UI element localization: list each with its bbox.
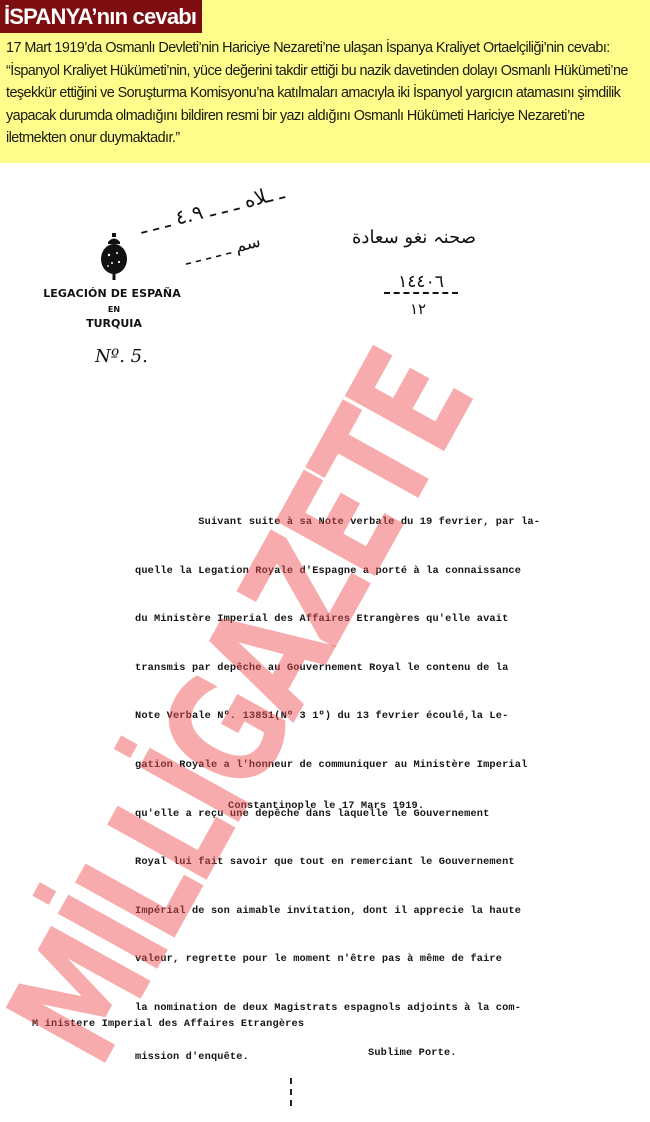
letter-line: quelle la Legation Royale d'Espagne a po…	[135, 559, 540, 584]
caption-line: 17 Mart 1919’da Osmanlı Devleti’nin Hari…	[6, 37, 646, 60]
caption-line: yapacak durumda olmadığını bildiren resm…	[6, 105, 646, 128]
handwritten-note: ـ ـلاه ـ ـ ـ ٤.٩ ـ ـ ـ	[137, 180, 286, 239]
letter-line: Impérial de son aimable invitation, dont…	[135, 899, 540, 924]
letter-line: Royal lui fait savoir que tout en remerc…	[135, 850, 540, 875]
archive-sub-number: ١٢	[410, 300, 426, 318]
letter-line: Note Verbale Nº. 13851(Nº 3 1º) du 13 fe…	[135, 704, 540, 729]
addressee-line-2: Sublime Porte.	[368, 1047, 457, 1059]
letter-line: Suivant suite à sa Note verbale du 19 fe…	[135, 510, 540, 535]
handwritten-note: صحنہ نغو سعادة	[352, 227, 476, 248]
letter-line: valeur, regrette pour le moment n'être p…	[135, 947, 540, 972]
caption-title: İSPANYA’nın cevabı	[0, 0, 202, 33]
letter-signoff: Constantinople le 17 Mars 1919.	[228, 800, 424, 812]
archive-number: ١٤٤٠٦	[384, 272, 458, 294]
handwritten-note: سم ـ ـ ـ ـ ـ	[183, 232, 263, 270]
letter-line: gation Royale a l'honneur de communiquer…	[135, 753, 540, 778]
letterhead-line-3: TURQUIA	[44, 317, 184, 330]
letterhead-line-1: LEGACIÓN DE ESPAÑA	[40, 287, 184, 300]
caption-line: “İspanyol Kraliyet Hükümeti’nin, yüce de…	[6, 60, 646, 83]
letter-line: mission d'enquête.	[135, 1045, 540, 1070]
letter-line: du Ministère Imperial des Affaires Etran…	[135, 607, 540, 632]
addressee-line-1: M inistere Imperial des Affaires Etrangè…	[32, 1018, 304, 1030]
letter-line: la nomination de deux Magistrats espagno…	[135, 996, 540, 1021]
caption-box: İSPANYA’nın cevabı 17 Mart 1919’da Osman…	[0, 0, 650, 163]
royal-crest-icon	[100, 233, 128, 281]
caption-line: teşekkür ettiğini ve Soruşturma Komisyon…	[6, 82, 646, 105]
margin-mark	[290, 1078, 294, 1106]
reference-number: Nº. 5.	[95, 346, 148, 367]
caption-body: 17 Mart 1919’da Osmanlı Devleti’nin Hari…	[6, 37, 646, 150]
letter-line: transmis par depêche au Gouvernement Roy…	[135, 656, 540, 681]
letter-body: Suivant suite à sa Note verbale du 19 fe…	[135, 486, 540, 1093]
letterhead: LEGACIÓN DE ESPAÑA EN TURQUIA	[44, 287, 184, 330]
letterhead-line-2: EN	[44, 305, 184, 314]
caption-line: iletmekten onur duymaktadır.”	[6, 127, 646, 150]
